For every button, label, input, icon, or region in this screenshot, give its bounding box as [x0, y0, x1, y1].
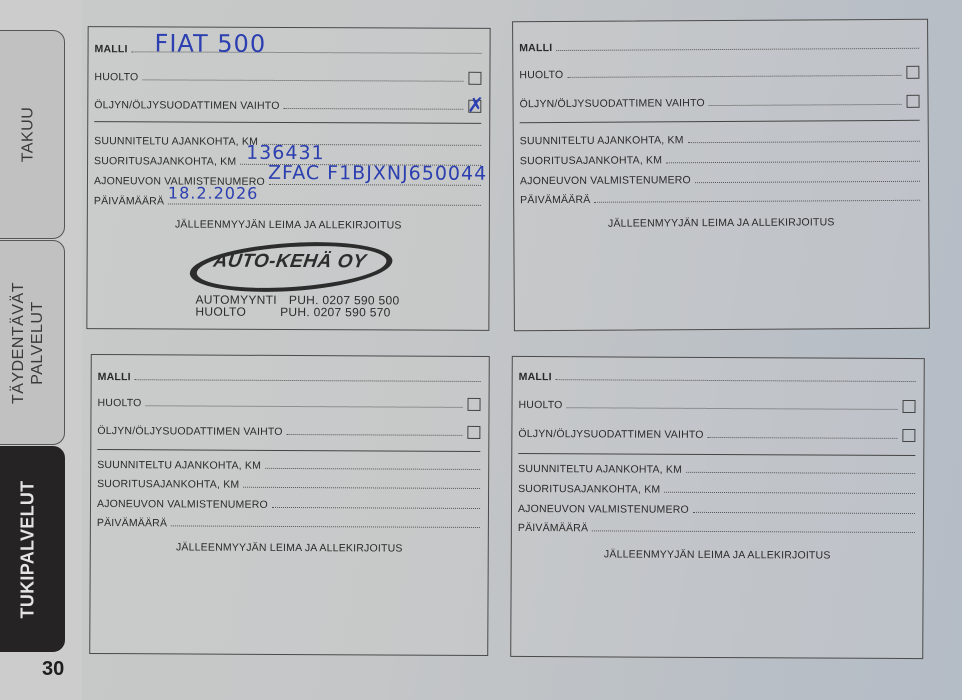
performed-km-label: SUORITUSAJANKOHTA, KM	[518, 483, 664, 496]
oil-change-checkbox[interactable]	[907, 95, 920, 108]
service-label: HUOLTO	[98, 397, 146, 409]
service-checkbox[interactable]	[902, 400, 915, 413]
model-value: FIAT 500	[155, 29, 267, 57]
dealer-stamp-label: JÄLLEENMYYJÄN LEIMA JA ALLEKIRJOITUS	[514, 216, 928, 231]
model-label: MALLI	[519, 42, 556, 54]
tab-label-taydentavat-palvelut: TÄYDENTÄVÄT PALVELUT	[9, 282, 47, 404]
model-label: MALLI	[95, 43, 132, 55]
performed-km-field[interactable]	[664, 492, 915, 494]
vin-label: AJONEUVON VALMISTENUMERO	[97, 498, 272, 511]
date-field[interactable]	[592, 530, 915, 533]
planned-km-label: SUUNNITELTU AJANKOHTA, KM	[94, 135, 262, 148]
page-number: 30	[42, 658, 64, 681]
dealer-stamp-label: JÄLLEENMYYJÄN LEIMA JA ALLEKIRJOITUS	[91, 541, 488, 555]
vin-label: AJONEUVON VALMISTENUMERO	[520, 174, 695, 187]
vin-field[interactable]	[695, 181, 920, 183]
service-checkbox[interactable]	[467, 398, 480, 411]
dealer-stamp-label: JÄLLEENMYYJÄN LEIMA JA ALLEKIRJOITUS	[512, 548, 923, 562]
service-label: HUOLTO	[519, 69, 567, 81]
service-checkbox[interactable]	[906, 66, 919, 79]
tab-taydentavat-palvelut[interactable]: TÄYDENTÄVÄT PALVELUT	[0, 240, 65, 445]
dealer-stamp-label: JÄLLEENMYYJÄN LEIMA JA ALLEKIRJOITUS	[88, 218, 489, 232]
vin-label: AJONEUVON VALMISTENUMERO	[518, 503, 693, 516]
model-field[interactable]	[556, 379, 916, 382]
oil-change-checkbox[interactable]: ✗	[468, 100, 481, 113]
performed-km-label: SUORITUSAJANKOHTA, KM	[520, 154, 666, 167]
date-label: PÄIVÄMÄÄRÄ	[97, 517, 171, 529]
oil-change-label: ÖLJYN/ÖLJYSUODATTIMEN VAIHTO	[94, 99, 283, 112]
tab-takuu[interactable]: TAKUU	[0, 30, 65, 239]
date-label: PÄIVÄMÄÄRÄ	[518, 522, 592, 534]
planned-km-label: SUUNNITELTU AJANKOHTA, KM	[518, 463, 686, 476]
service-checkbox[interactable]	[468, 72, 481, 85]
service-label: HUOLTO	[94, 71, 142, 83]
performed-km-value: 136431	[246, 142, 325, 164]
tab-tukipalvelut[interactable]: TUKIPALVELUT	[0, 446, 65, 652]
date-label: PÄIVÄMÄÄRÄ	[94, 195, 168, 207]
model-field[interactable]	[556, 48, 919, 51]
service-label: HUOLTO	[519, 399, 567, 411]
performed-km-label: SUORITUSAJANKOHTA, KM	[94, 155, 240, 168]
planned-km-field[interactable]	[265, 468, 480, 470]
model-field[interactable]	[135, 379, 481, 382]
date-value: 18.2.2026	[168, 183, 259, 202]
checked-x-icon: ✗	[467, 95, 484, 115]
vin-field[interactable]	[693, 512, 915, 514]
date-field[interactable]	[168, 203, 481, 205]
oil-change-checkbox[interactable]	[902, 429, 915, 442]
planned-km-label: SUUNNITELTU AJANKOHTA, KM	[520, 134, 688, 147]
service-record-card-2: MALLI HUOLTO ÖLJYN/ÖLJYSUODATTIMEN VAIHT…	[512, 19, 930, 332]
divider	[97, 449, 480, 452]
oil-change-label: ÖLJYN/ÖLJYSUODATTIMEN VAIHTO	[518, 428, 707, 441]
divider	[518, 453, 915, 456]
performed-km-field[interactable]	[666, 161, 920, 164]
planned-km-field[interactable]	[686, 472, 915, 474]
oil-change-label: ÖLJYN/ÖLJYSUODATTIMEN VAIHTO	[520, 97, 709, 110]
service-row: HUOLTO	[94, 69, 481, 85]
date-row: PÄIVÄMÄÄRÄ	[94, 193, 481, 209]
performed-km-field[interactable]	[243, 487, 480, 489]
date-label: PÄIVÄMÄÄRÄ	[520, 194, 594, 206]
stamp-service-line: HUOLTOPUH. 0207 590 570	[195, 305, 390, 320]
stamp-company-name: AUTO-KEHÄ OY	[212, 251, 368, 274]
service-record-card-1: MALLI FIAT 500 HUOLTO ÖLJYN/ÖLJYSUODATTI…	[86, 26, 490, 331]
dealer-stamp: AUTO-KEHÄ OY AUTOMYYNTIPUH. 0207 590 500…	[187, 233, 387, 324]
planned-km-label: SUUNNITELTU AJANKOHTA, KM	[97, 459, 265, 472]
oil-change-label: ÖLJYN/ÖLJYSUODATTIMEN VAIHTO	[97, 425, 286, 438]
divider	[520, 120, 920, 123]
divider	[94, 121, 481, 124]
service-record-card-4: MALLI HUOLTO ÖLJYN/ÖLJYSUODATTIMEN VAIHT…	[510, 356, 925, 659]
tab-label-takuu: TAKUU	[18, 107, 37, 163]
performed-km-label: SUORITUSAJANKOHTA, KM	[97, 478, 243, 491]
service-record-card-3: MALLI HUOLTO ÖLJYN/ÖLJYSUODATTIMEN VAIHT…	[89, 354, 490, 656]
date-field[interactable]	[594, 200, 920, 203]
vin-value: ZFAC F1BJXNJ650044	[268, 162, 487, 185]
vin-field[interactable]	[272, 507, 480, 509]
model-label: MALLI	[98, 371, 135, 383]
tab-label-tukipalvelut: TUKIPALVELUT	[18, 480, 37, 618]
oil-change-checkbox[interactable]	[467, 426, 480, 439]
model-label: MALLI	[519, 371, 556, 383]
model-row: MALLI	[95, 41, 482, 57]
oil-change-row: ÖLJYN/ÖLJYSUODATTIMEN VAIHTO ✗	[94, 97, 481, 113]
planned-km-field[interactable]	[688, 141, 920, 143]
date-field[interactable]	[171, 525, 480, 528]
